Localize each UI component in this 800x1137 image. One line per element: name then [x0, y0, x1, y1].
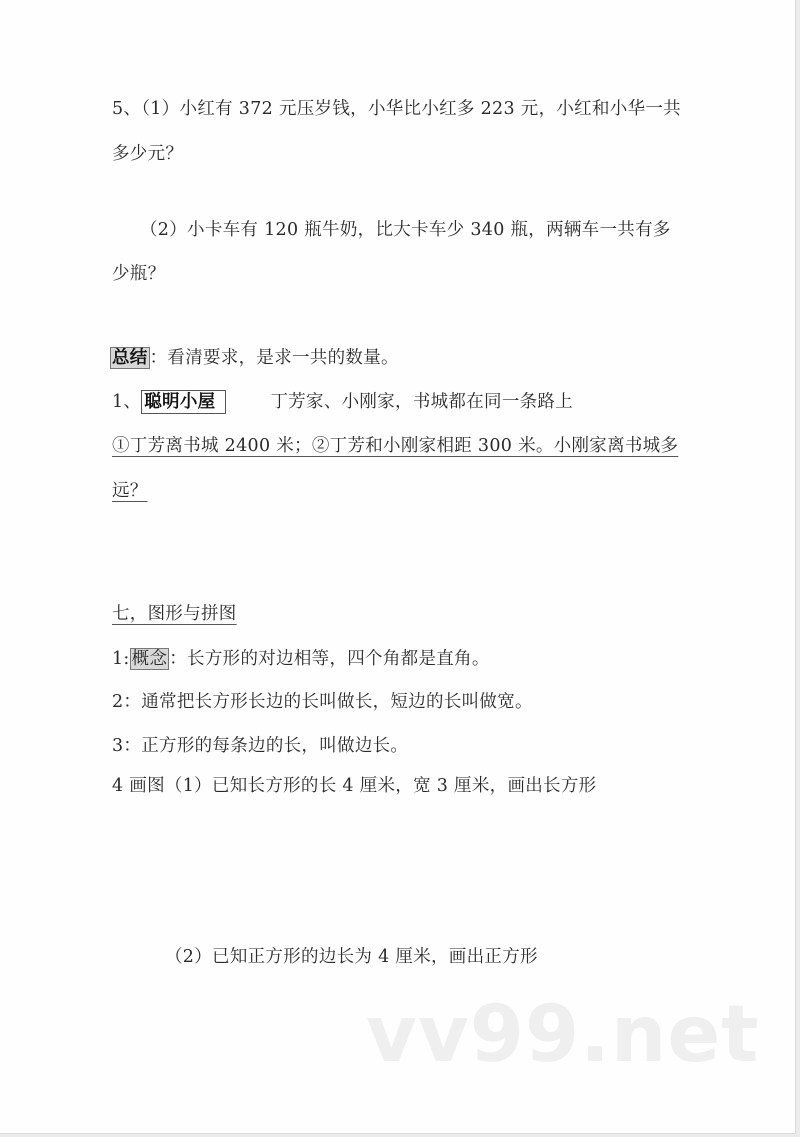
section7-item1: 1:概念：长方形的对边相等，四个角都是直角。 — [112, 647, 490, 671]
q5-part1-line1: 5、（1）小红有 372 元压岁钱，小华比小红多 223 元，小红和小华一共 — [112, 97, 681, 121]
section7-item2: 2：通常把长方形长边的长叫做长，短边的长叫做宽。 — [112, 690, 533, 714]
summary-label: 总结 — [110, 347, 150, 369]
smart-house-intro: 丁芳家、小刚家，书城都在同一条路上 — [270, 392, 573, 412]
q5-part1-line2: 多少元？ — [112, 142, 183, 166]
section7-heading: 七，图形与拼图 — [112, 602, 237, 626]
item1-prefix: 1: — [112, 649, 130, 669]
concept-label: 概念 — [130, 648, 170, 670]
section7-item3: 3：正方形的每条边的长，叫做边长。 — [112, 734, 408, 758]
watermark: vv99.net — [366, 995, 760, 1075]
summary-line: 总结：看清要求，是求一共的数量。 — [110, 346, 399, 370]
smart-house-line1: ①丁芳离书城 2400 米；②丁芳和小刚家相距 300 米。小刚家离书城多 — [112, 434, 678, 458]
smart-house-line2: 远？ — [112, 479, 148, 503]
item1-text: ：长方形的对边相等，四个角都是直角。 — [169, 649, 489, 669]
q5-part2-line1: （2）小卡车有 120 瓶牛奶，比大卡车少 340 瓶，两辆车一共有多 — [140, 218, 671, 242]
section7-item4: 4 画图（1）已知长方形的长 4 厘米，宽 3 厘米，画出长方形 — [112, 774, 596, 798]
summary-text: ：看清要求，是求一共的数量。 — [150, 348, 399, 368]
document-page: 5、（1）小红有 372 元压岁钱，小华比小红多 223 元，小红和小华一共 多… — [0, 0, 796, 1134]
smart-house-title: 聪明小屋 — [141, 390, 226, 414]
smart-house-number: 1、 — [112, 392, 141, 412]
q5-part2-line2: 少瓶？ — [112, 262, 165, 286]
section7-item4-part2: （2）已知正方形的边长为 4 厘米，画出正方形 — [165, 945, 538, 969]
smart-house-heading: 1、聪明小屋丁芳家、小刚家，书城都在同一条路上 — [112, 390, 573, 414]
